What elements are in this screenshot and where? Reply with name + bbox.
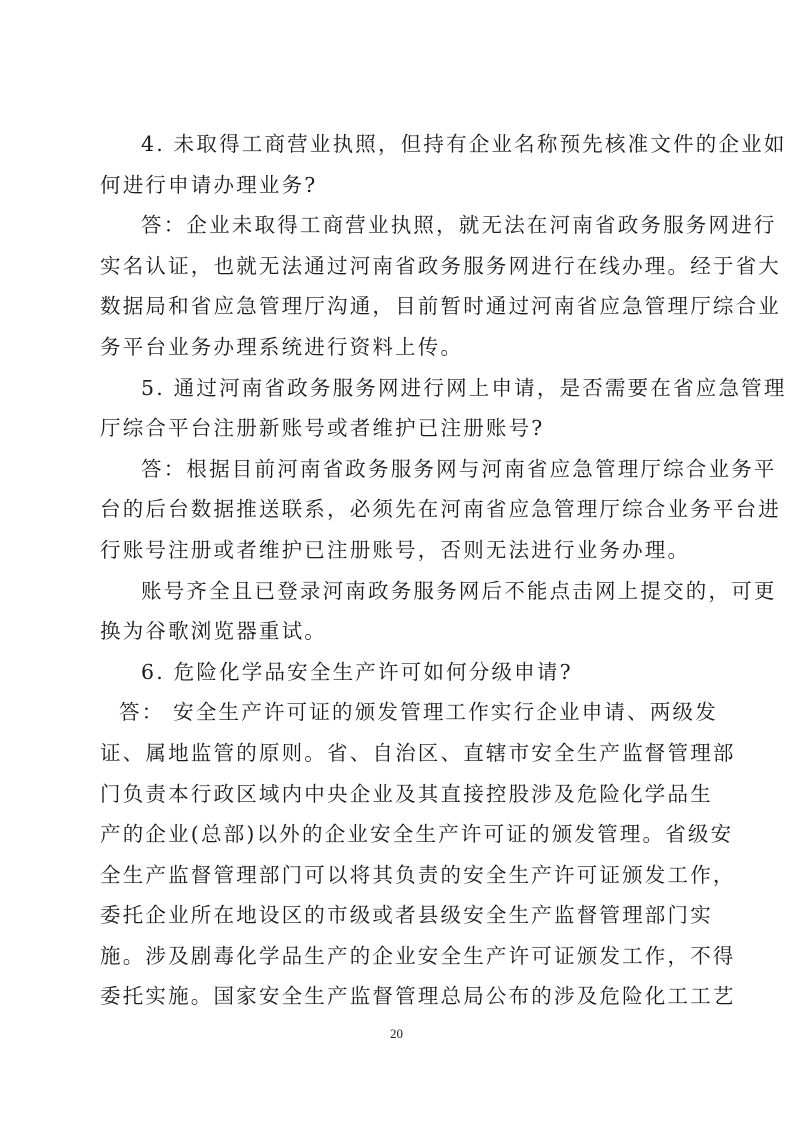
question-5-line-2: 厅综合平台注册新账号或者维护已注册账号? (100, 408, 710, 449)
answer-4-line-4: 务平台业务办理系统进行资料上传。 (100, 327, 710, 368)
note-5-line-2: 换为谷歌浏览器重试。 (100, 611, 710, 652)
answer-6-line-3: 门负责本行政区域内中央企业及其直接控股涉及危险化学品生 (100, 774, 710, 815)
question-4-line-1: 4. 未取得工商营业执照，但持有企业名称预先核准文件的企业如 (100, 124, 710, 165)
answer-6-line-6: 委托企业所在地设区的市级或者县级安全生产监督管理部门实 (100, 895, 710, 936)
answer-6-line-1: 答： 安全生产许可证的颁发管理工作实行企业申请、两级发 (100, 692, 710, 733)
answer-5-line-3: 行账号注册或者维护已注册账号，否则无法进行业务办理。 (100, 530, 710, 571)
page-number: 20 (0, 1026, 793, 1042)
answer-6-line-2: 证、属地监管的原则。省、自治区、直辖市安全生产监督管理部 (100, 733, 710, 774)
question-4-line-2: 何进行申请办理业务? (100, 165, 710, 206)
answer-6-line-8: 委托实施。国家安全生产监督管理总局公布的涉及危险化工工艺 (100, 976, 710, 1017)
answer-4-line-3: 数据局和省应急管理厅沟通，目前暂时通过河南省应急管理厅综合业 (100, 286, 710, 327)
answer-5-line-2: 台的后台数据推送联系，必须先在河南省应急管理厅综合业务平台进 (100, 489, 710, 530)
answer-6-line-5: 全生产监督管理部门可以将其负责的安全生产许可证颁发工作， (100, 855, 710, 896)
question-6-line-1: 6. 危险化学品安全生产许可如何分级申请? (100, 652, 710, 693)
answer-6-line-4: 产的企业(总部)以外的企业安全生产许可证的颁发管理。省级安 (100, 814, 710, 855)
answer-4-line-2: 实名认证，也就无法通过河南省政务服务网进行在线办理。经于省大 (100, 246, 710, 287)
document-page: 4. 未取得工商营业执照，但持有企业名称预先核准文件的企业如 何进行申请办理业务… (100, 124, 710, 1017)
answer-5-line-1: 答：根据目前河南省政务服务网与河南省应急管理厅综合业务平 (100, 449, 710, 490)
answer-4-line-1: 答：企业未取得工商营业执照，就无法在河南省政务服务网进行 (100, 205, 710, 246)
note-5-line-1: 账号齐全且已登录河南政务服务网后不能点击网上提交的，可更 (100, 571, 710, 612)
answer-6-line-7: 施。涉及剧毒化学品生产的企业安全生产许可证颁发工作，不得 (100, 936, 710, 977)
question-5-line-1: 5. 通过河南省政务服务网进行网上申请，是否需要在省应急管理 (100, 368, 710, 409)
